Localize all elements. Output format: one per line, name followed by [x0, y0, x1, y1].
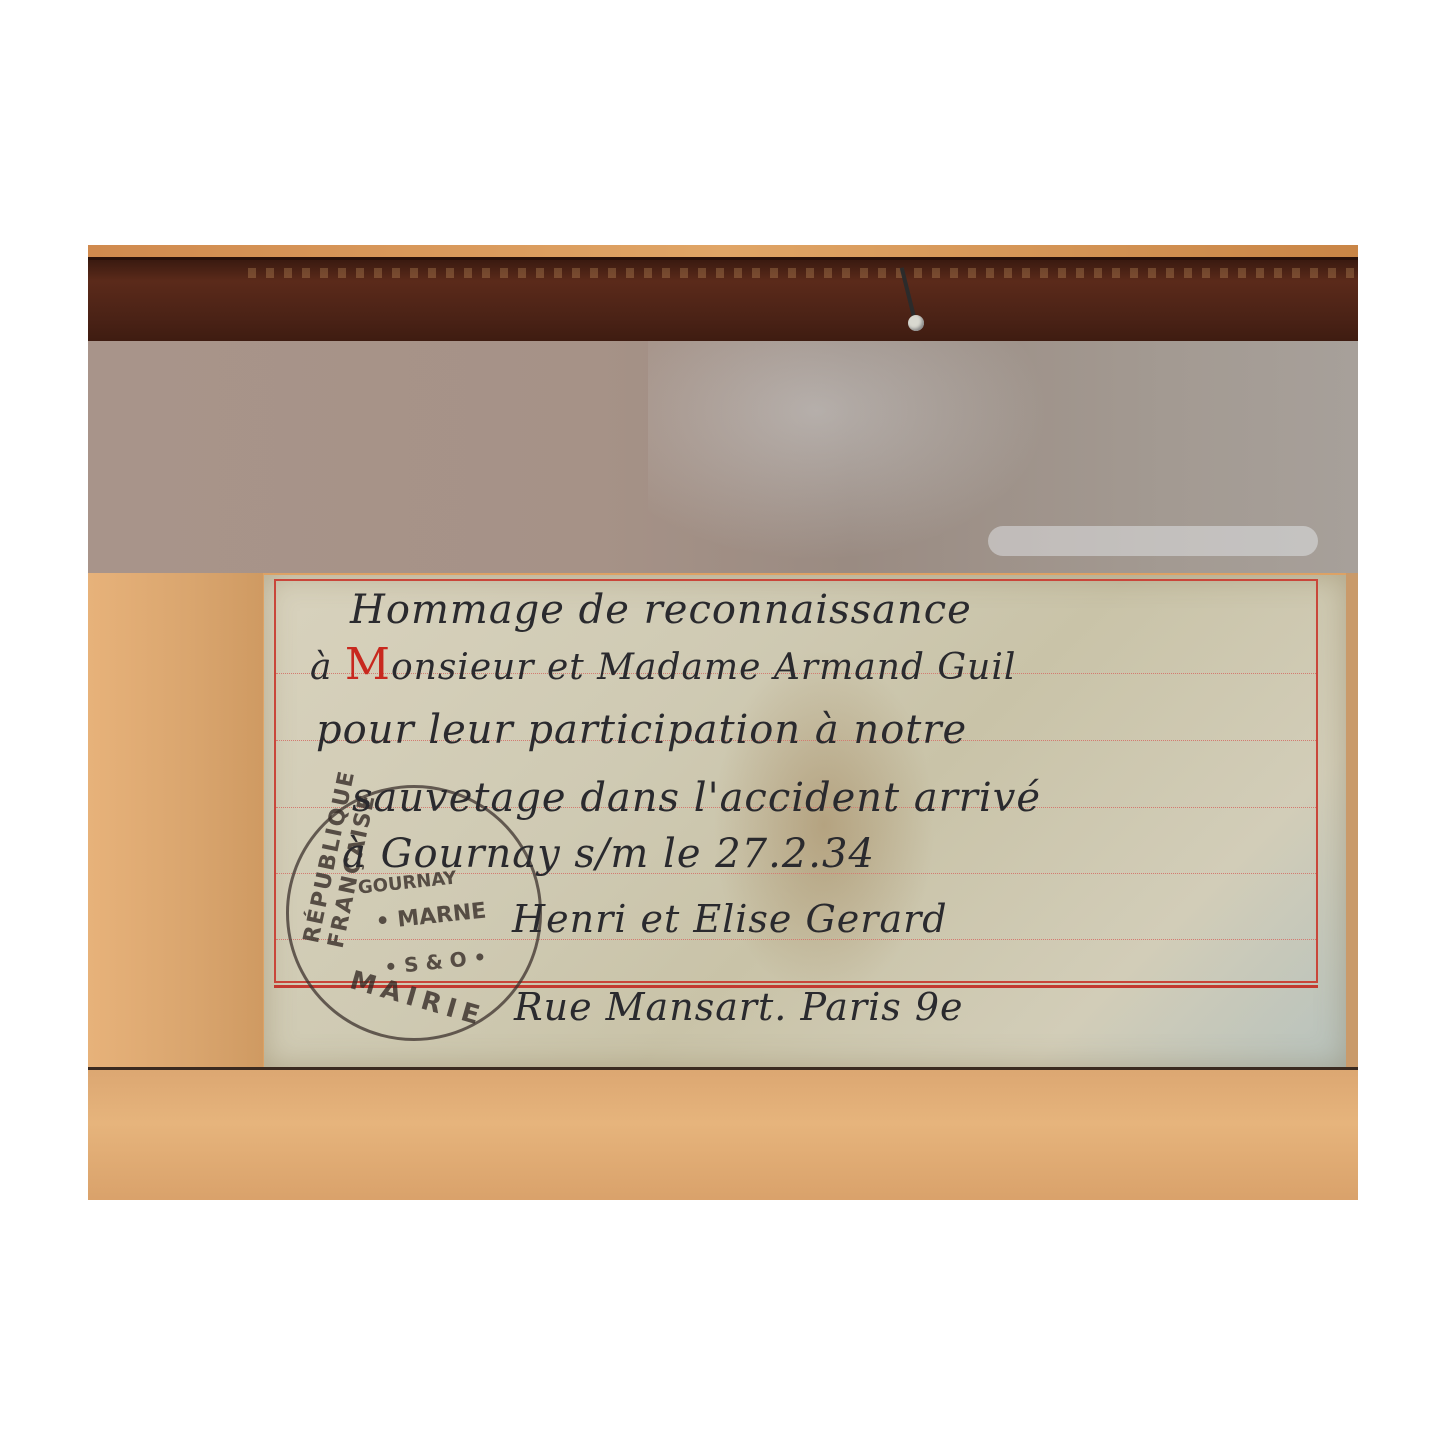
label-line-4: sauvetage dans l'accident arrivé	[352, 775, 1041, 821]
label-line-1: Hommage de reconnaissance	[350, 587, 972, 633]
nail-head-icon	[908, 315, 924, 331]
photograph: RÉPUBLIQUE FRANÇAISE GOURNAY • MARNE • S…	[88, 245, 1358, 1200]
stamp-code: • S & O •	[383, 945, 487, 980]
stamp-department: • MARNE	[374, 899, 487, 935]
label-address: Rue Mansart. Paris 9e	[514, 985, 964, 1029]
paper-backing-right	[1346, 573, 1358, 1073]
label-line-5: à Gournay s/m le 27.2.34	[342, 831, 875, 877]
line-2-rest: onsieur et Madame Armand Guil	[391, 647, 1016, 688]
wooden-frame-bar	[88, 257, 1358, 344]
paper-backing-left	[88, 573, 263, 1073]
handwritten-label: RÉPUBLIQUE FRANÇAISE GOURNAY • MARNE • S…	[264, 575, 1346, 1067]
paper-backing-bottom	[88, 1067, 1358, 1200]
red-initial: M	[345, 639, 391, 690]
label-line-2: à Monsieur et Madame Armand Guil	[310, 639, 1016, 690]
label-signature: Henri et Elise Gerard	[512, 897, 948, 941]
translucent-tape	[88, 341, 1358, 573]
line-2-prefix: à	[310, 647, 345, 688]
label-line-3: pour leur participation à notre	[316, 707, 967, 753]
